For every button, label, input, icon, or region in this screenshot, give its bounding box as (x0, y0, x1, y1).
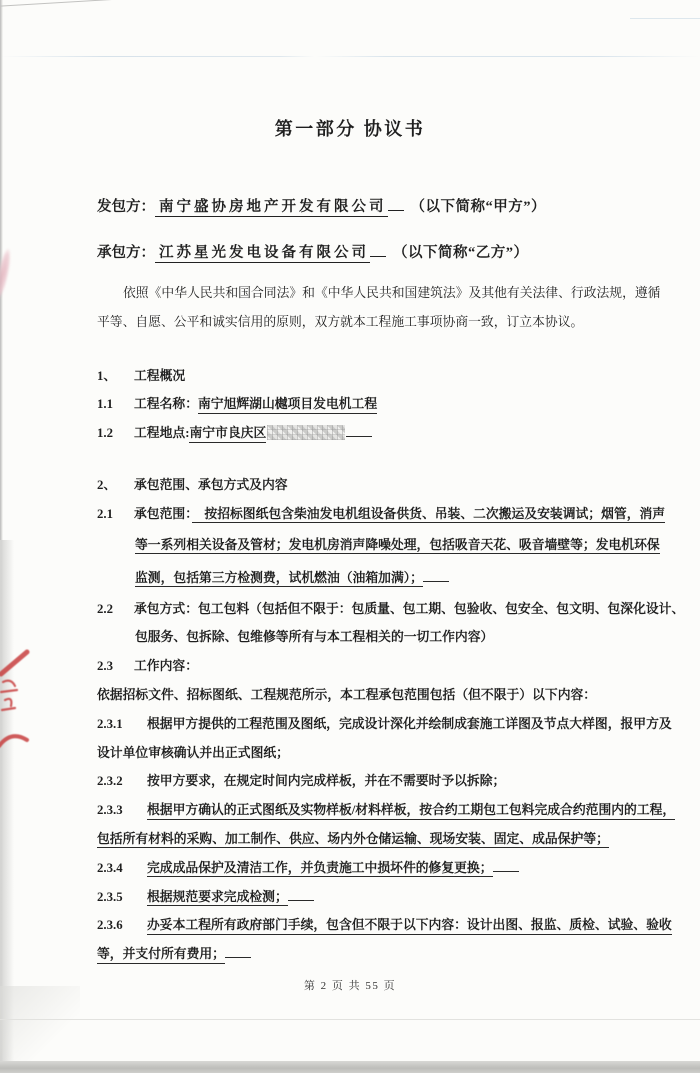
text-segment: 2.3.6 (97, 911, 147, 940)
underlined-text: 按招标图纸包含柴油发电机组设备供货、吊装、二次搬运及安装调试；烟管，消声 (192, 507, 665, 524)
text-segment: 2.3.4 (97, 854, 147, 883)
underlined-text: 等一系列相关设备及管材；发电机房消声降噪处理，包括吸音天花、吸音墙壁等；发电机环… (135, 538, 660, 555)
text-segment: 2.3.2 (97, 767, 147, 796)
text-segment: 工程名称： (134, 397, 198, 411)
underline-extension (225, 945, 251, 958)
text-segment: 2、 (97, 471, 134, 500)
party-label: 发包方： (97, 199, 155, 215)
underline-extension (288, 888, 314, 901)
doc-line: 2.3.2按甲方要求，在规定时间内完成样板，并在不需要时予以拆除； (97, 767, 672, 796)
underlined-text: 等，并支付所有费用； (97, 947, 225, 964)
party-alias: （以下简称“乙方”） (393, 245, 529, 261)
doc-line: 1.1工程名称：南宁旭辉湖山樾项目发电机工程 (97, 390, 672, 419)
doc-line: 2.3.5根据规范要求完成检测； (97, 883, 672, 912)
doc-line: 平等、自愿、公平和诚实信用的原则，双方就本工程施工事项协商一致，订立本协议。 (97, 308, 672, 337)
underline-extension (370, 243, 386, 257)
bottom-left-shade (0, 986, 80, 1062)
text-segment: 2.3.3 (97, 796, 147, 825)
underlined-text: 完成成品保护及清洁工作，并负责施工中损坏件的修复更换； (147, 861, 493, 878)
page-number-footer: 第 2 页 共 55 页 (0, 977, 700, 993)
text-segment: 工程地点: (134, 426, 189, 440)
underlined-text: 南宁旭辉湖山樾项目发电机工程 (198, 397, 377, 414)
underline-extension (493, 859, 519, 872)
pink-edge-smudge (0, 248, 13, 301)
text-segment: 1、 (97, 362, 134, 391)
text-segment: 1.1 (97, 390, 134, 419)
scan-horizontal-line-short (630, 18, 700, 19)
text-segment: 1.2 (97, 419, 134, 448)
text-segment: 根据甲方提供的工程范围及图纸，完成设计深化并绘制成套施工详图及节点大样图，报甲方… (147, 717, 672, 731)
scanned-contract-page: 第一部分 协议书 发包方：南宁盛协房地产开发有限公司（以下简称“甲方”） 承包方… (0, 0, 700, 1073)
party-name-underlined: 江苏星光发电设备有限公司 (155, 245, 370, 263)
document-title: 第一部分 协议书 (0, 115, 700, 141)
text-segment: 2.3.1 (97, 710, 147, 739)
text-segment: 承包范围： (134, 507, 192, 521)
doc-line: 包服务、包拆除、包维修等所有与本工程相关的一切工作内容） (97, 623, 672, 652)
text-segment: 2.3 (97, 652, 134, 681)
text-segment: 依照《中华人民共和国合同法》和《中华人民共和国建筑法》及其他有关法律、行政法规，… (123, 286, 660, 300)
doc-line: 依照《中华人民共和国合同法》和《中华人民共和国建筑法》及其他有关法律、行政法规，… (97, 279, 672, 308)
party-name-underlined: 南宁盛协房地产开发有限公司 (155, 199, 388, 217)
doc-line: 等，并支付所有费用； (97, 940, 672, 969)
underlined-text: 办妥本工程所有政府部门手续，包含但不限于以下内容：设计出图、报监、质检、试验、验… (147, 918, 672, 935)
doc-line: 2.3工作内容： (97, 652, 672, 681)
party-alias: （以下简称“甲方”） (411, 199, 547, 215)
doc-line: 2.2承包方式：包工包料（包括但不限于：包质量、包工期、包验收、包安全、包文明、… (97, 595, 672, 624)
text-segment: 承包方式：包工包料（包括但不限于：包质量、包工期、包验收、包安全、包文明、包深化… (134, 602, 684, 616)
text-segment: 包服务、包拆除、包维修等所有与本工程相关的一切工作内容） (135, 630, 493, 644)
underlined-text: 南宁市良庆区 (189, 426, 266, 443)
doc-line: 2、承包范围、承包方式及内容 (97, 471, 672, 500)
underlined-text: 监测，包括第三方检测费，试机燃油（油箱加满）； (135, 571, 423, 588)
document-body: 依照《中华人民共和国合同法》和《中华人民共和国建筑法》及其他有关法律、行政法规，… (97, 279, 672, 969)
doc-line: 1.2工程地点:南宁市良庆区 (97, 419, 672, 448)
doc-line: 2.3.6办妥本工程所有政府部门手续，包含但不限于以下内容：设计出图、报监、质检… (97, 911, 672, 940)
doc-line: 2.3.4完成成品保护及清洁工作，并负责施工中损坏件的修复更换； (97, 854, 672, 883)
underline-extension (388, 197, 404, 211)
text-segment: 2.2 (97, 595, 134, 624)
doc-line: 依据招标文件、招标图纸、工程规范所示，本工程承包范围包括（但不限于）以下内容： (97, 681, 672, 710)
page-bottom-edge-band (0, 1061, 700, 1073)
scan-diagonal-line (0, 0, 184, 7)
underlined-text: 包括所有材料的采购、加工制作、供应、场内外仓储运输、现场安装、固定、成品保护等； (97, 832, 609, 849)
doc-line: 1、工程概况 (97, 362, 672, 391)
underline-extension (423, 569, 449, 582)
red-seal-fragment-icon (0, 648, 31, 752)
page-bottom-scan-line (0, 1019, 700, 1020)
text-segment: 工程概况 (134, 369, 185, 383)
text-segment: 平等、自愿、公平和诚实信用的原则，双方就本工程施工事项协商一致，订立本协议。 (97, 315, 583, 329)
doc-line: 2.3.3根据甲方确认的正式图纸及实物样板/材料样板，按合约工期包工包料完成合约… (97, 796, 672, 825)
doc-line: 2.3.1根据甲方提供的工程范围及图纸，完成设计深化并绘制成套施工详图及节点大样… (97, 710, 672, 739)
text-segment: 2.1 (97, 500, 134, 529)
text-segment: 按甲方要求，在规定时间内完成样板，并在不需要时予以拆除； (147, 774, 505, 788)
party-label: 承包方： (97, 245, 155, 261)
doc-line: 监测，包括第三方检测费，试机燃油（油箱加满）； (97, 562, 672, 595)
text-segment: 设计单位审核确认并出正式图纸； (97, 746, 289, 760)
doc-line: 包括所有材料的采购、加工制作、供应、场内外仓储运输、现场安装、固定、成品保护等； (97, 825, 672, 854)
party-line-employer: 发包方：南宁盛协房地产开发有限公司（以下简称“甲方”） (97, 195, 546, 216)
party-line-contractor: 承包方：江苏星光发电设备有限公司（以下简称“乙方”） (97, 241, 529, 262)
doc-line: 等一系列相关设备及管材；发电机房消声降噪处理，包括吸音天花、吸音墙壁等；发电机环… (97, 529, 672, 562)
underlined-text: 根据规范要求完成检测； (147, 890, 288, 907)
doc-line: 设计单位审核确认并出正式图纸； (97, 739, 672, 768)
underline-extension (346, 424, 372, 437)
redaction-mosaic (267, 425, 345, 440)
text-segment: 2.3.5 (97, 883, 147, 912)
text-segment: 工作内容： (134, 659, 198, 673)
text-segment: 承包范围、承包方式及内容 (134, 478, 288, 492)
doc-line: 2.1承包范围： 按招标图纸包含柴油发电机组设备供货、吊装、二次搬运及安装调试；… (97, 500, 672, 529)
underlined-text: 根据甲方确认的正式图纸及实物样板/材料样板，按合约工期包工包料完成合约范围内的工… (147, 803, 675, 820)
scan-horizontal-line (0, 56, 700, 57)
text-segment: 依据招标文件、招标图纸、工程规范所示，本工程承包范围包括（但不限于）以下内容： (97, 688, 596, 702)
